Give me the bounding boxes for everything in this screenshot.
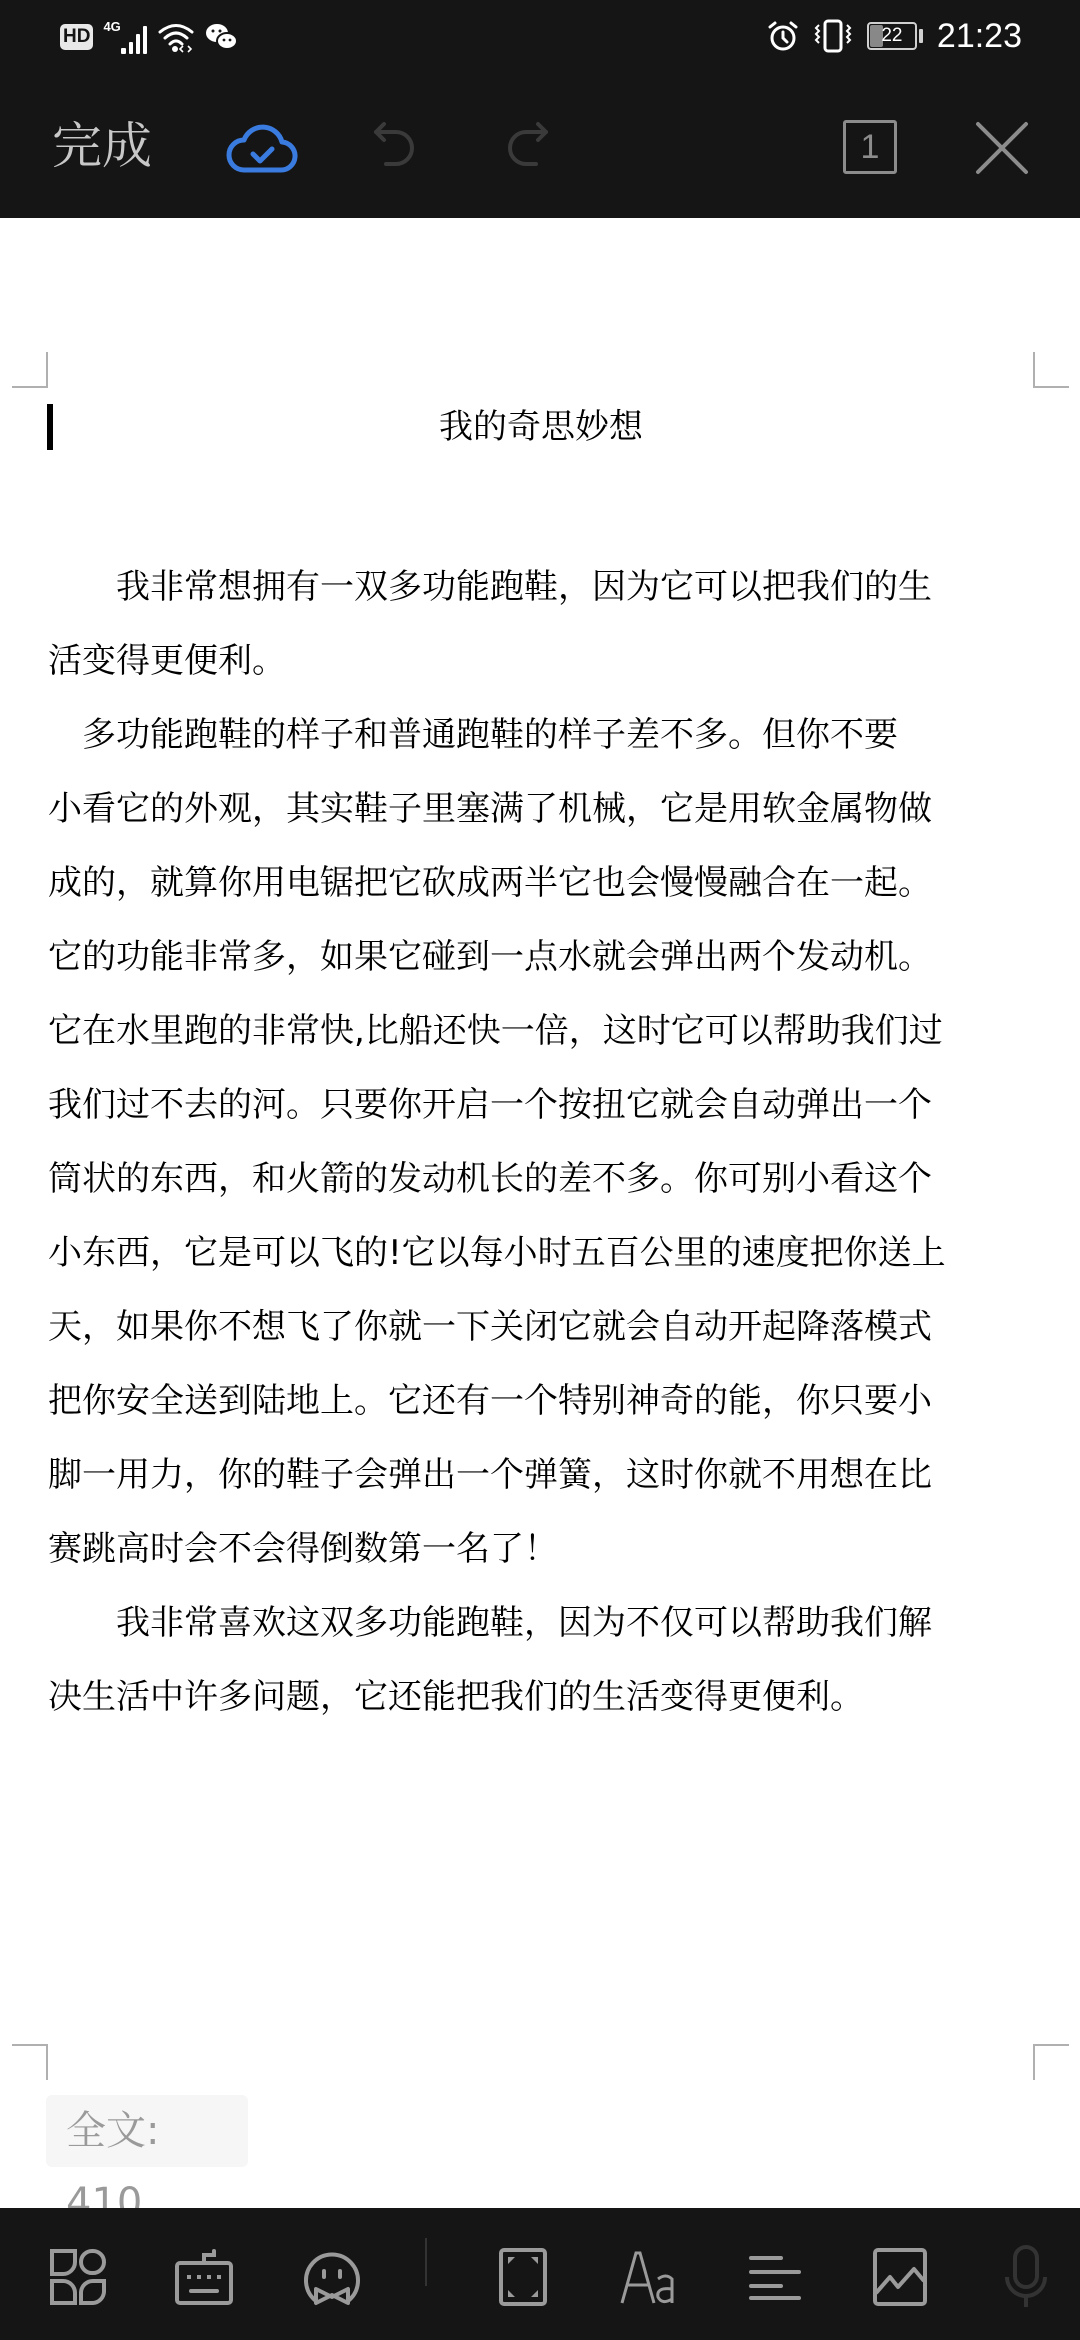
page-layout-icon[interactable]: [487, 2244, 559, 2310]
done-button[interactable]: 完成: [52, 116, 152, 176]
alarm-icon: [767, 20, 799, 52]
page-corner-bottom-left: [12, 2044, 48, 2080]
battery-tip: [919, 29, 923, 43]
page-corner-top-left: [12, 352, 48, 388]
body-line: 小东西，它是可以飞的!它以每小时五百公里的速度把你送上: [48, 1216, 1038, 1290]
body-line: 天，如果你不想飞了你就一下关闭它就会自动开起降落模式: [48, 1290, 1038, 1364]
page-count-button[interactable]: 1: [843, 120, 897, 174]
insert-image-icon[interactable]: [864, 2244, 936, 2310]
document-title[interactable]: 我的奇思妙想: [48, 402, 1034, 452]
apps-icon[interactable]: [42, 2244, 114, 2310]
microphone-icon[interactable]: [990, 2244, 1062, 2310]
vibrate-icon: [813, 19, 853, 53]
page-corner-top-right: [1033, 352, 1069, 388]
body-line: 我非常想拥有一双多功能跑鞋，因为它可以把我们的生: [48, 550, 1038, 624]
body-line: 我们过不去的河。只要你开启一个按扭它就会自动弹出一个: [48, 1068, 1038, 1142]
editor-toolbar: 完成 1: [0, 72, 1080, 218]
battery-level: 22: [881, 25, 902, 46]
body-line: 决生活中许多问题，它还能把我们的生活变得更便利。: [48, 1660, 1038, 1734]
body-line: 赛跳高时会不会得倒数第一名了！: [48, 1512, 1038, 1586]
bottom-toolbar: [0, 2208, 1080, 2340]
body-line: 活变得更便利。: [48, 624, 1038, 698]
body-line: 小看它的外观，其实鞋子里塞满了机械，它是用软金属物做: [48, 772, 1038, 846]
redo-icon[interactable]: [490, 118, 566, 178]
body-line: 它的功能非常多，如果它碰到一点水就会弹出两个发动机。: [48, 920, 1038, 994]
body-line: 我非常喜欢这双多功能跑鞋，因为不仅可以帮助我们解: [48, 1586, 1038, 1660]
close-icon[interactable]: [964, 118, 1040, 178]
body-line: 把你安全送到陆地上。它还有一个特别神奇的能，你只要小: [48, 1364, 1038, 1438]
paragraph-align-icon[interactable]: [739, 2244, 811, 2310]
document-page[interactable]: 我的奇思妙想 我非常想拥有一双多功能跑鞋，因为它可以把我们的生 活变得更便利。 …: [0, 218, 1080, 2208]
font-style-icon[interactable]: [612, 2244, 684, 2310]
document-body[interactable]: 我非常想拥有一双多功能跑鞋，因为它可以把我们的生 活变得更便利。 多功能跑鞋的样…: [48, 550, 1038, 1734]
wifi-icon: [157, 21, 195, 53]
body-line: 成的，就算你用电锯把它砍成两半它也会慢慢融合在一起。: [48, 846, 1038, 920]
undo-icon[interactable]: [356, 118, 432, 178]
status-left-icons: HD 4G: [60, 20, 239, 54]
keyboard-icon[interactable]: [168, 2244, 240, 2310]
cloud-check-icon[interactable]: [224, 118, 300, 178]
page-corner-bottom-right: [1033, 2044, 1069, 2080]
body-line: 脚一用力，你的鞋子会弹出一个弹簧，这时你就不用想在比: [48, 1438, 1038, 1512]
status-bar: HD 4G: [0, 0, 1080, 72]
4g-signal-icon: 4G: [103, 20, 147, 54]
body-line: 它在水里跑的非常快,比船还快一倍，这时它可以帮助我们过: [48, 994, 1038, 1068]
wechat-icon: [205, 22, 239, 52]
battery-icon: 22: [867, 22, 917, 50]
word-count-badge[interactable]: 全文: 410: [46, 2095, 248, 2167]
body-line: 多功能跑鞋的样子和普通跑鞋的样子差不多。但你不要: [48, 698, 1038, 772]
emoji-icon[interactable]: [296, 2244, 368, 2310]
toolbar-divider: [425, 2238, 427, 2286]
body-line: 筒状的东西，和火箭的发动机长的差不多。你可别小看这个: [48, 1142, 1038, 1216]
status-time: 21:23: [937, 17, 1022, 56]
status-right-icons: 22 21:23: [767, 16, 1022, 56]
hd-icon: HD: [60, 24, 93, 50]
